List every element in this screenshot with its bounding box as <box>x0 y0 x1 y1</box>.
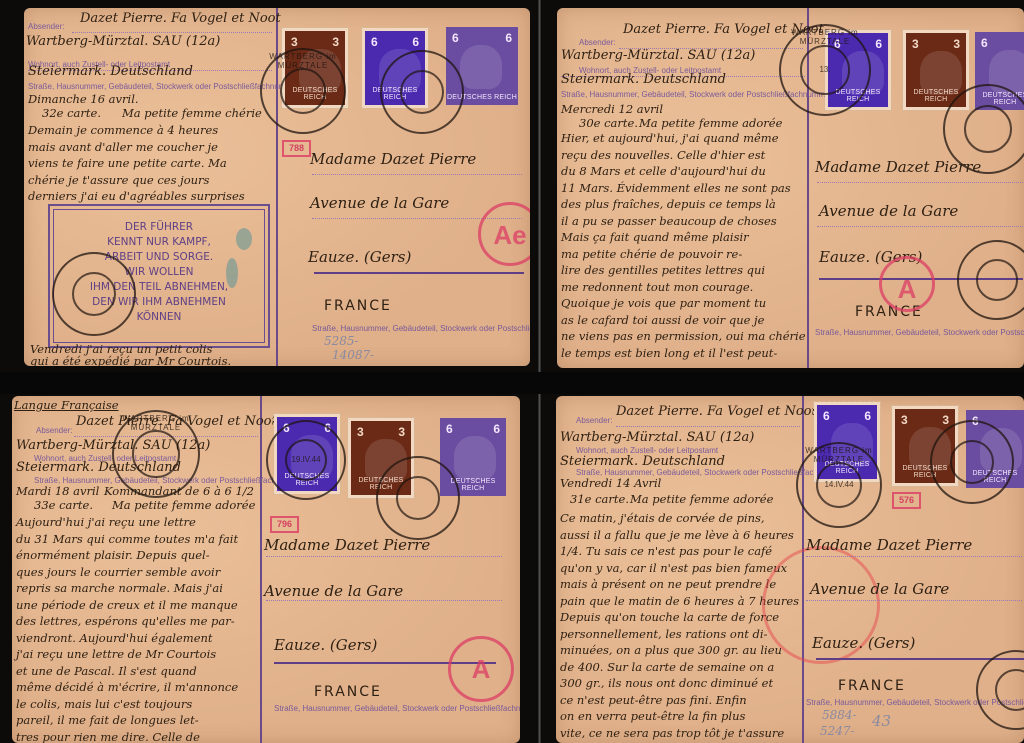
postcard-bottom-left: Langue Française Absender: Dazet Pierre.… <box>12 396 520 743</box>
form-line <box>312 174 522 175</box>
message-line: ques jours le courrier semble avoir <box>16 564 238 581</box>
censor-mark: Ae <box>481 205 530 265</box>
postmark-date: 13. <box>781 65 869 74</box>
message-body: Hier, et aujourd'hui, j'ai quand même re… <box>561 130 806 361</box>
stamp-denomination: 6 <box>981 36 988 50</box>
pencil-note: 14087- <box>332 348 374 362</box>
message-body: Ce matin, j'étais de corvée de pins, aus… <box>560 510 799 741</box>
postmark <box>957 240 1024 320</box>
message-line: lire des gentilles petites lettres qui <box>561 262 806 279</box>
message-line: aussi il a fallu que je me lève à 6 heur… <box>560 527 799 544</box>
form-line <box>817 226 1023 227</box>
language-note: Langue Française <box>14 398 119 412</box>
censor-mark: A <box>451 639 511 699</box>
pencil-note: 5285- <box>324 334 359 348</box>
pencil-note: 5884- <box>822 708 857 722</box>
censor-stamp: Ae <box>478 202 530 266</box>
postmark-date: 14.IV.44 <box>798 480 880 489</box>
sender-town: Wartberg-Mürztal. SAU (12a) <box>561 48 755 63</box>
message-line: pareil, il me fait de longues let- <box>16 712 238 729</box>
form-line <box>806 556 1022 557</box>
message-line: j'ai reçu une lettre de Mr Courtois <box>16 646 238 663</box>
ink-stain <box>226 258 238 288</box>
recipient-name: Madame Dazet Pierre <box>264 536 430 554</box>
greeting: Ma petite femme chérie <box>122 106 262 120</box>
card-number: 33e carte. <box>34 498 93 512</box>
postmark-text: WARTBERG im MÜRZTALE <box>262 52 344 70</box>
recipient-town: Eauze. (Gers) <box>308 248 411 266</box>
postmark <box>976 650 1024 730</box>
message-line: Quoique je vois que par moment tu <box>561 295 806 312</box>
stamp-denomination: 3 <box>953 37 960 51</box>
message-line: le temps est bien long et il l'est peut- <box>561 345 806 362</box>
form-line <box>266 600 502 601</box>
slogan-line: DER FÜHRER <box>50 220 268 235</box>
recipient-name: Madame Dazet Pierre <box>310 150 476 168</box>
stamp-denomination: 6 <box>446 422 453 436</box>
postmark <box>380 50 464 134</box>
greeting: Ma petite femme adorée <box>630 492 773 506</box>
date-line: Dimanche 16 avril. <box>28 92 139 106</box>
card-number: 32e carte. <box>42 106 101 120</box>
message-line: viendront. Aujourd'hui également <box>16 630 238 647</box>
pencil-note: 43 <box>872 712 891 730</box>
message-line: repris sa marche normale. Mais j'ai <box>16 580 238 597</box>
message-line: Ce matin, j'étais de corvée de pins, <box>560 510 799 527</box>
stamp-denomination: 3 <box>942 413 949 427</box>
recipient-name: Madame Dazet Pierre <box>815 158 981 176</box>
recipient-town: Eauze. (Gers) <box>274 636 377 654</box>
censor-number-box: 788 <box>282 140 311 157</box>
ink-stain <box>236 228 252 250</box>
recipient-street: Avenue de la Gare <box>310 194 449 212</box>
postmark: WARTBERG im MÜRZTALE 14.IV.44 <box>796 442 882 528</box>
message-line: 300 gr., ils nous ont donc diminué et <box>560 675 799 692</box>
stamp-denomination: 6 <box>371 35 378 49</box>
stamp-denomination: 6 <box>823 409 830 423</box>
stamp-denomination: 6 <box>864 409 871 423</box>
postcard-bottom-right: Absender: Dazet Pierre. Fa Vogel et Noot… <box>556 396 1024 743</box>
form-line <box>817 182 1023 183</box>
message-line: personnellement, les rations ont di- <box>560 626 799 643</box>
message-line: chérie je t'assure que ces jours <box>28 172 245 189</box>
recipient-street: Avenue de la Gare <box>819 202 958 220</box>
album-sleeve-gap <box>0 372 1024 394</box>
stamp-denomination: 3 <box>912 37 919 51</box>
message-line: derniers j'ai eu d'agréables surprises <box>28 188 245 205</box>
message-line: on en verra peut-être la fin plus <box>560 708 799 725</box>
postmark <box>376 456 460 540</box>
street-label: Straße, Hausnummer, Gebäudeteil, Stockwe… <box>815 328 1024 337</box>
sender-name: Dazet Pierre. Fa Vogel et Noot <box>616 404 817 419</box>
censor-number-box: 796 <box>270 516 299 533</box>
greeting: Ma petite femme adorée <box>639 116 782 130</box>
message-line: énormément plaisir. Depuis quel- <box>16 547 238 564</box>
message-line: et une de Pascal. Il s'est quand <box>16 663 238 680</box>
message-line: mais avant d'aller me coucher je <box>28 139 245 156</box>
form-line <box>616 426 800 427</box>
street-label: Straße, Hausnummer, Gebäudeteil, Stockwe… <box>28 82 299 91</box>
sender-region: Steiermark. Deutschland <box>560 454 725 469</box>
message-line: 1/4. Tu sais ce n'est pas pour le café <box>560 543 799 560</box>
message-line: Aujourd'hui j'ai reçu une lettre <box>16 514 238 531</box>
message-line: Demain je commence à 4 heures <box>28 122 245 139</box>
message-line: une période de creux et il me manque <box>16 597 238 614</box>
message-line: viens te faire une petite carte. Ma <box>28 155 245 172</box>
recipient-country: FRANCE <box>314 684 382 700</box>
stamp-denomination: 3 <box>901 413 908 427</box>
postmark-text: WARTBERG im MÜRZTALE <box>798 446 880 464</box>
message-line: qu'on y va, car il n'est pas bien fameux <box>560 560 799 577</box>
stamp-denomination: 6 <box>493 422 500 436</box>
censor-number-box: 576 <box>892 492 921 509</box>
postcard-top-left: Absender: Dazet Pierre. Fa Vogel et Noot… <box>24 8 530 366</box>
recipient-country: FRANCE <box>324 298 392 314</box>
message-line: minuées, on a plus que 300 gr. au lieu <box>560 642 799 659</box>
censor-stamp: A <box>448 636 514 702</box>
message-line: 11 Mars. Évidemment elles ne sont pas <box>561 180 806 197</box>
censor-mark: A <box>882 259 932 319</box>
stamp-denomination: 6 <box>875 37 882 51</box>
sender-region: Steiermark. Deutschland <box>561 72 726 87</box>
form-line <box>314 272 524 274</box>
censor-stamp: A <box>879 256 935 312</box>
form-line <box>266 556 502 557</box>
message-body: Aujourd'hui j'ai reçu une lettre du 31 M… <box>16 514 238 743</box>
sender-label: Absender: <box>36 426 72 435</box>
sender-label: Absender: <box>576 416 612 425</box>
postmark: 19.IV.44 <box>266 420 346 500</box>
message-line: vite, ce ne sera pas trop tôt je t'assur… <box>560 725 799 742</box>
sender-name: Dazet Pierre. Fa Vogel et Noot <box>80 11 281 26</box>
form-line <box>806 600 1022 601</box>
message-line: me redonnent tout mon courage. <box>561 279 806 296</box>
date-line: Mercredi 12 avril <box>561 102 663 116</box>
message-line: as le cafard toi aussi de voir que je <box>561 312 806 329</box>
recipient-name: Madame Dazet Pierre <box>806 536 972 554</box>
footer-line: qui a été expédié par Mr Courtois. <box>30 354 231 366</box>
message-line: ce n'est peut-être pas fini. Enfin <box>560 692 799 709</box>
postmark-text: WARTBERG im MÜRZTALE <box>114 414 198 432</box>
recipient-country: FRANCE <box>838 678 906 694</box>
message-line: il a pu se passer beaucoup de choses <box>561 213 806 230</box>
greeting: Ma petite femme adorée <box>112 498 255 512</box>
sender-town: Wartberg-Mürztal. SAU (12a) <box>26 34 220 49</box>
recipient-town: Eauze. (Gers) <box>812 634 915 652</box>
pencil-note: 5247- <box>820 724 855 738</box>
street-label: Straße, Hausnummer, Gebäudeteil, Stockwe… <box>274 704 520 713</box>
postmark: WARTBERG im MÜRZTALE 13. <box>779 24 871 116</box>
message-body: Demain je commence à 4 heures mais avant… <box>28 122 245 205</box>
recipient-street: Avenue de la Gare <box>264 582 403 600</box>
postmark-date: 19.IV.44 <box>268 455 344 464</box>
message-line: des plus fraîches, depuis ce temps là <box>561 196 806 213</box>
address-divider-line <box>260 396 262 743</box>
stamp-denomination: 6 <box>452 31 459 45</box>
message-line: Mais ça fait quand même plaisir <box>561 229 806 246</box>
message-line: du 8 Mars et celle d'aujourd'hui du <box>561 163 806 180</box>
stamp-denomination: 3 <box>398 425 405 439</box>
street-label: Straße, Hausnummer, Gebäudeteil, Stockwe… <box>312 324 530 333</box>
card-number: 31e carte. <box>570 492 629 506</box>
message-line: des lettres, espérons qu'elles me par- <box>16 613 238 630</box>
postmark <box>930 420 1014 504</box>
postmark: WARTBERG im MÜRZTALE <box>260 48 346 134</box>
sender-region: Steiermark. Deutschland <box>28 64 193 79</box>
stamp-denomination: 3 <box>291 35 298 49</box>
stamp-denomination: 3 <box>332 35 339 49</box>
date-line: Vendredi 14 Avril <box>560 476 661 490</box>
message-line: ne viens pas en permission, oui ma chéri… <box>561 328 806 345</box>
message-line: le colis, mais lui c'est toujours <box>16 696 238 713</box>
message-line: Hier, et aujourd'hui, j'ai quand même <box>561 130 806 147</box>
sender-label: Absender: <box>579 38 615 47</box>
form-line <box>72 32 272 33</box>
postcard-top-right: Absender: Dazet Pierre. Fa Vogel et Noot… <box>557 8 1024 368</box>
card-number: 30e carte. <box>579 116 638 130</box>
message-line: ma petite chérie de pouvoir re- <box>561 246 806 263</box>
postmark <box>52 252 136 336</box>
sender-label: Absender: <box>28 22 64 31</box>
stamp-denomination: 3 <box>357 425 364 439</box>
recipient-street: Avenue de la Gare <box>810 580 949 598</box>
message-line: même décidé à m'écrire, il m'annonce <box>16 679 238 696</box>
stamp-denomination: 6 <box>412 35 419 49</box>
postmark-text: WARTBERG im MÜRZTALE <box>781 28 869 46</box>
message-line: reçu des nouvelles. Celle d'hier est <box>561 147 806 164</box>
message-line: de 400. Sur la carte de semaine on a <box>560 659 799 676</box>
message-line: du 31 Mars qui comme toutes m'a fait <box>16 531 238 548</box>
postmark: WARTBERG im MÜRZTALE <box>112 410 200 498</box>
stamp-denomination: 6 <box>505 31 512 45</box>
message-line: tres pour rien me dire. Celle de <box>16 729 238 743</box>
sender-town: Wartberg-Mürztal. SAU (12a) <box>560 430 754 445</box>
date-line: Mardi 18 avril <box>16 484 99 498</box>
